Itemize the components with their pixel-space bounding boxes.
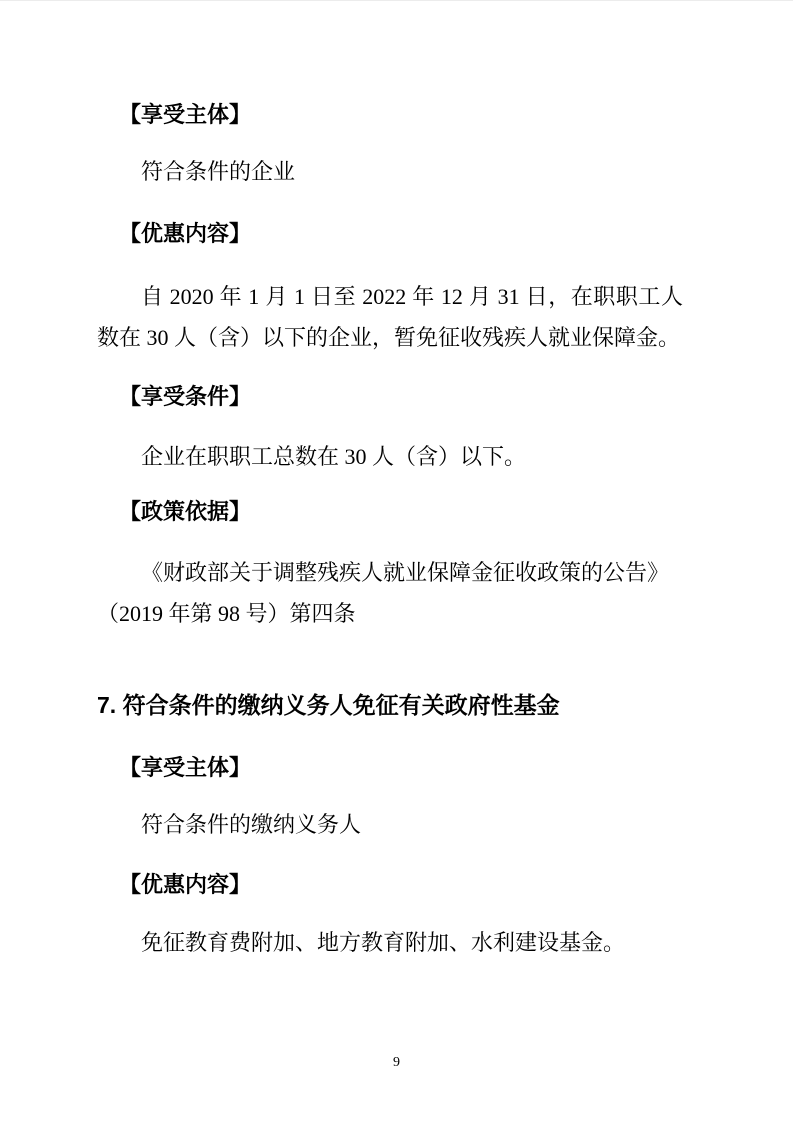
paragraph-subject-2: 符合条件的缴纳义务人 (97, 804, 683, 845)
paragraph-policy-basis-line-2: （2019 年第 98 号）第四条 (97, 593, 683, 634)
heading-condition: 【享受条件】 (97, 376, 683, 417)
page-number: 9 (0, 1053, 793, 1073)
paragraph-benefit-line-2: 数在 30 人（含）以下的企业，暂免征收残疾人就业保障金。 (97, 317, 683, 358)
paragraph-subject: 符合条件的企业 (97, 151, 683, 192)
paragraph-benefit-2: 免征教育费附加、地方教育附加、水利建设基金。 (97, 922, 683, 963)
heading-benefit: 【优惠内容】 (97, 213, 683, 254)
document-page: 【享受主体】 符合条件的企业 【优惠内容】 自 2020 年 1 月 1 日至 … (0, 0, 793, 1122)
paragraph-policy-basis-line-1: 《财政部关于调整残疾人就业保障金征收政策的公告》 (97, 552, 683, 593)
heading-policy-basis: 【政策依据】 (97, 491, 683, 532)
paragraph-condition: 企业在职职工总数在 30 人（含）以下。 (97, 436, 683, 477)
heading-subject-2: 【享受主体】 (97, 747, 683, 788)
paragraph-benefit-line-1: 自 2020 年 1 月 1 日至 2022 年 12 月 31 日，在职职工人 (97, 276, 683, 317)
section-title-7: 7. 符合条件的缴纳义务人免征有关政府性基金 (97, 685, 683, 726)
heading-benefit-2: 【优惠内容】 (97, 864, 683, 905)
document-content: 【享受主体】 符合条件的企业 【优惠内容】 自 2020 年 1 月 1 日至 … (97, 1, 683, 963)
heading-subject: 【享受主体】 (97, 94, 683, 135)
